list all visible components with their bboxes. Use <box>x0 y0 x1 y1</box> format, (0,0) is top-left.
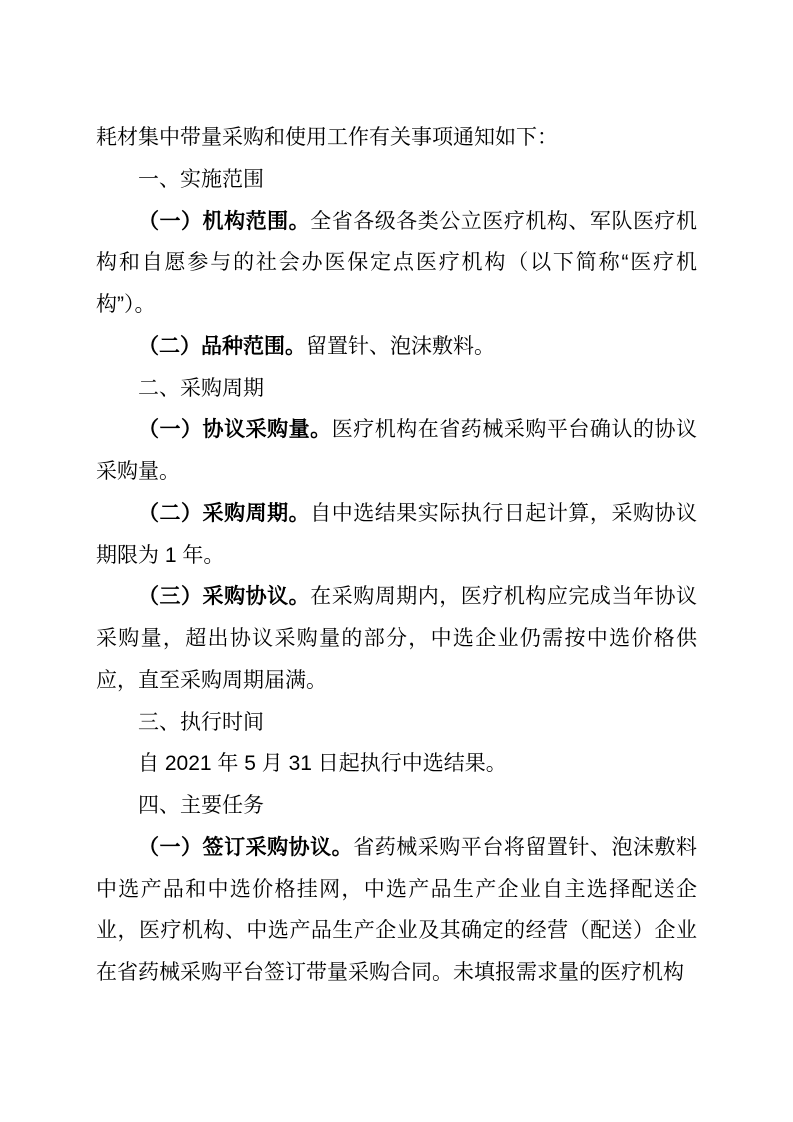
document-page: 耗材集中带量采购和使用工作有关事项通知如下： 一、实施范围 （一）机构范围。全省… <box>0 0 793 1122</box>
paragraph-product-scope: （二）品种范围。留置针、泡沫敷料。 <box>96 326 697 368</box>
bold-lead: （一）签订采购协议。 <box>138 836 353 859</box>
heading-section-4: 四、主要任务 <box>96 785 697 827</box>
paragraph-agreement-volume: （一）协议采购量。医疗机构在省药械采购平台确认的协议采购量。 <box>96 409 697 493</box>
heading-section-3: 三、执行时间 <box>96 702 697 744</box>
paragraph-intro-continuation: 耗材集中带量采购和使用工作有关事项通知如下： <box>96 117 697 159</box>
bold-lead: （一）协议采购量。 <box>138 418 332 441</box>
paragraph-procurement-agreement: （三）采购协议。在采购周期内，医疗机构应完成当年协议采购量，超出协议采购量的部分… <box>96 576 697 701</box>
bold-lead: （一）机构范围。 <box>138 210 310 233</box>
body-text: 自 2021 年 5 月 31 日起执行中选结果。 <box>138 752 507 775</box>
paragraph-execution-date: 自 2021 年 5 月 31 日起执行中选结果。 <box>96 743 697 785</box>
bold-lead: （三）采购协议。 <box>138 585 310 608</box>
body-text: 三、执行时间 <box>138 711 264 734</box>
paragraph-institution-scope: （一）机构范围。全省各级各类公立医疗机构、军队医疗机构和自愿参与的社会办医保定点… <box>96 201 697 326</box>
body-text: 留置针、泡沫敷料。 <box>306 335 495 358</box>
bold-lead: （二）采购周期。 <box>138 502 310 525</box>
body-text: 二、采购周期 <box>138 377 264 400</box>
body-text: 四、主要任务 <box>138 794 264 817</box>
body-text: 耗材集中带量采购和使用工作有关事项通知如下： <box>96 126 558 149</box>
heading-section-1: 一、实施范围 <box>96 159 697 201</box>
paragraph-procurement-cycle: （二）采购周期。自中选结果实际执行日起计算，采购协议期限为 1 年。 <box>96 493 697 577</box>
heading-section-2: 二、采购周期 <box>96 368 697 410</box>
paragraph-sign-contract: （一）签订采购协议。省药械采购平台将留置针、泡沫敷料中选产品和中选价格挂网，中选… <box>96 827 697 994</box>
body-text: 一、实施范围 <box>138 168 264 191</box>
bold-lead: （二）品种范围。 <box>138 335 306 358</box>
document-body: 耗材集中带量采购和使用工作有关事项通知如下： 一、实施范围 （一）机构范围。全省… <box>96 117 697 994</box>
